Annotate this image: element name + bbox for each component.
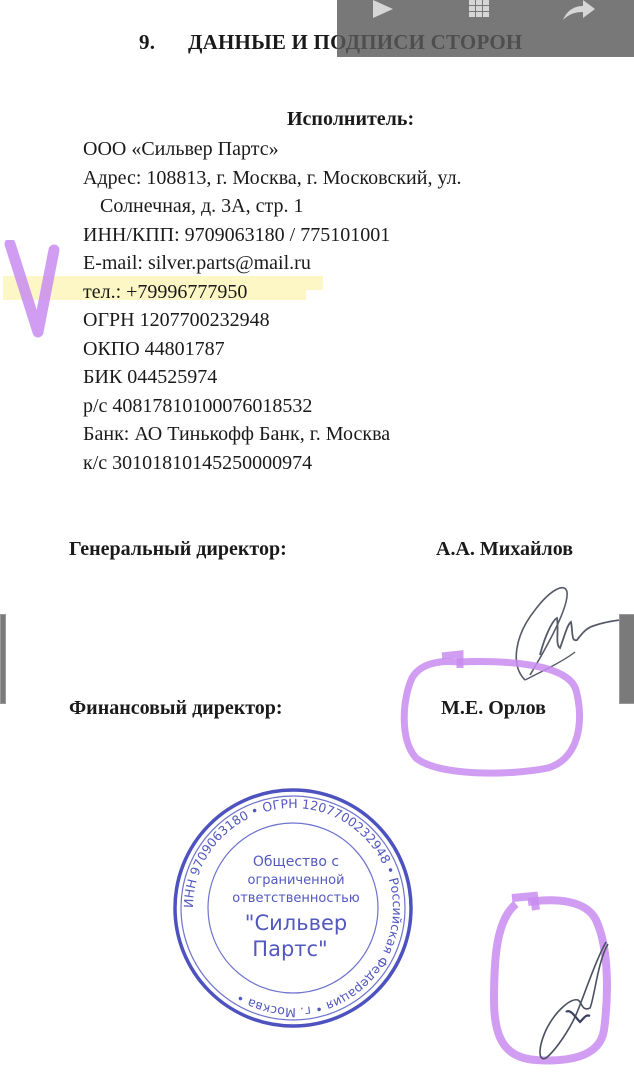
- stamp-line-3: ответственностью: [232, 891, 359, 906]
- executor-details: ООО «Сильвер Партс» Адрес: 108813, г. Мо…: [83, 135, 462, 477]
- general-director-label: Генеральный директор:: [69, 538, 287, 561]
- account-number: р/с 40817810100076018532: [83, 392, 462, 421]
- ogrn: ОГРН 1207700232948: [83, 306, 462, 335]
- bank: Банк: АО Тинькофф Банк, г. Москва: [83, 420, 462, 449]
- signature-financial-director: [486, 890, 626, 1070]
- share-icon: [559, 0, 599, 22]
- viewer-toolbar: [337, 0, 634, 57]
- financial-director-signature-area: [486, 890, 626, 1070]
- okpo: ОКПО 44801787: [83, 335, 462, 364]
- section-number: 9.: [139, 30, 155, 55]
- stamp-line-1: Общество с: [253, 854, 339, 870]
- inn-kpp: ИНН/КПП: 9709063180 / 775101001: [83, 221, 462, 250]
- share-button[interactable]: [559, 0, 599, 22]
- next-page-handle[interactable]: [619, 614, 634, 704]
- bik: БИК 044525974: [83, 363, 462, 392]
- svg-text:ИНН 9709063180 • ОГРН 12077002: ИНН 9709063180 • ОГРН 1207700232948 • Ро…: [181, 796, 405, 1020]
- play-icon: [365, 0, 405, 22]
- marker-circle-annotation: [398, 650, 588, 780]
- document-page: 9. ДАННЫЕ И ПОДПИСИ СТОРОН Исполнитель: …: [0, 0, 634, 1080]
- company-stamp: ИНН 9709063180 • ОГРН 1207700232948 • Ро…: [168, 780, 418, 1036]
- stamp-line-2: ограниченной: [247, 873, 344, 888]
- address-line-1: Адрес: 108813, г. Москва, г. Московский,…: [83, 164, 462, 193]
- email: E-mail: silver.parts@mail.ru: [83, 249, 462, 278]
- stamp-line-4: "Сильвер: [245, 911, 347, 935]
- address-line-2: Солнечная, д. 3А, стр. 1: [83, 192, 462, 221]
- play-button[interactable]: [365, 0, 405, 22]
- checkmark-annotation-icon: [2, 240, 62, 340]
- executor-heading: Исполнитель:: [287, 108, 414, 131]
- financial-director-label: Финансовый директор:: [69, 697, 283, 720]
- general-director-name: А.А. Михайлов: [436, 538, 573, 561]
- phone: тел.: +79996777950: [83, 278, 462, 307]
- corr-account: к/с 30101810145250000974: [83, 449, 462, 478]
- stamp-line-5: Партс": [252, 937, 327, 961]
- previous-page-handle[interactable]: [0, 614, 6, 704]
- grid-view-button[interactable]: [463, 0, 503, 22]
- grid-icon: [463, 0, 503, 22]
- company-name: ООО «Сильвер Партс»: [83, 135, 462, 164]
